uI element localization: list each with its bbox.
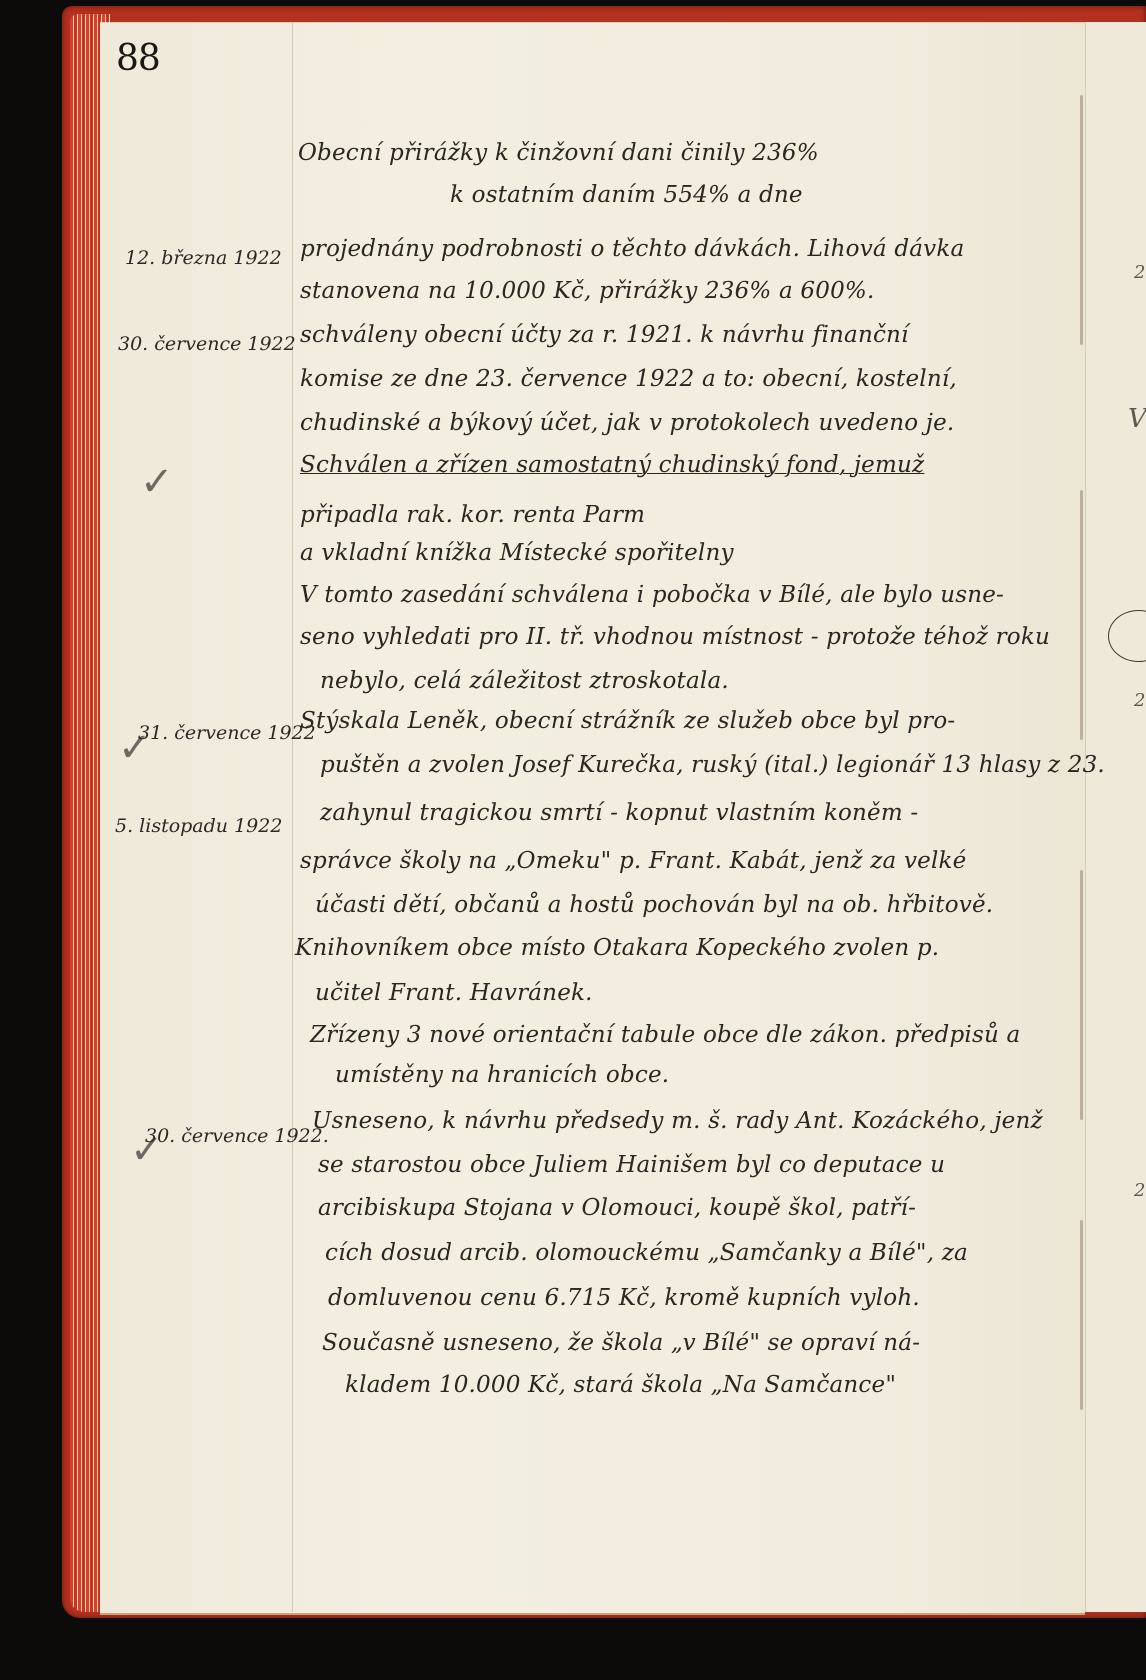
entry-date: 12. března 1922 [125, 247, 282, 269]
entry-line: nebylo, celá záležitost ztroskotala. [320, 668, 729, 694]
binding-stitch [1080, 95, 1083, 345]
facing-page-mark: 2 [1134, 690, 1145, 711]
entry-line: Zřízeny 3 nové orientační tabule obce dl… [310, 1022, 1020, 1048]
facing-page-mark: V [1128, 404, 1146, 434]
entry-line: Schválen a zřízen samostatný chudinský f… [300, 452, 924, 478]
entry-line: arcibiskupa Stojana v Olomouci, koupě šk… [318, 1195, 916, 1221]
binding-stitch [1080, 490, 1083, 740]
entry-line: Obecní přirážky k činžovní dani činily 2… [298, 140, 819, 166]
facing-page-mark: 2 [1134, 262, 1145, 283]
entry-line: Současně usneseno, že škola „v Bílé" se … [322, 1330, 920, 1356]
entry-date: 5. listopadu 1922 [115, 815, 282, 837]
entry-date: 30. července 1922 [118, 333, 296, 355]
entry-line: učitel Frant. Havránek. [315, 980, 593, 1006]
entry-date: 31. července 1922 [138, 722, 316, 744]
entry-line: připadla rak. kor. renta Parm [300, 502, 645, 528]
entry-line: účasti dětí, občanů a hostů pochován byl… [315, 892, 993, 918]
entry-line: projednány podrobnosti o těchto dávkách.… [300, 236, 964, 262]
entry-line: V tomto zasedání schválena i pobočka v B… [300, 582, 1004, 608]
entry-line: puštěn a zvolen Josef Kurečka, ruský (it… [320, 752, 1105, 778]
facing-page [1085, 22, 1146, 1612]
page-number: 88 [116, 38, 160, 79]
entry-line: zahynul tragickou smrtí - kopnut vlastní… [320, 800, 918, 826]
checkmark-icon: ✓ [140, 462, 174, 502]
entry-line: chudinské a býkový účet, jak v protokole… [300, 410, 954, 436]
entry-line: Usneseno, k návrhu předsedy m. š. rady A… [312, 1108, 1043, 1134]
entry-line: schváleny obecní účty za r. 1921. k návr… [300, 322, 909, 348]
entry-line: kladem 10.000 Kč, stará škola „Na Samčan… [345, 1372, 896, 1398]
binding-stitch [1080, 1220, 1083, 1410]
facing-page-mark: 2 [1134, 1180, 1145, 1201]
entry-line: komise ze dne 23. července 1922 a to: ob… [300, 366, 957, 392]
entry-line: seno vyhledati pro II. tř. vhodnou místn… [300, 624, 1050, 650]
binding-stitch [1080, 870, 1083, 1120]
entry-line: domluvenou cenu 6.715 Kč, kromě kupních … [328, 1285, 920, 1311]
entry-line: stanovena na 10.000 Kč, přirážky 236% a … [300, 278, 874, 304]
entry-line: Knihovníkem obce místo Otakara Kopeckého… [295, 935, 939, 961]
entry-line: Stýskala Leněk, obecní strážník ze služe… [300, 708, 955, 734]
entry-line: cích dosud arcib. olomouckému „Samčanky … [325, 1240, 968, 1266]
entry-line: umístěny na hranicích obce. [335, 1062, 669, 1088]
date-column-rule [292, 22, 293, 1612]
entry-line: a vkladní knížka Místecké spořitelny [300, 540, 734, 566]
entry-line: se starostou obce Juliem Hainišem byl co… [318, 1152, 945, 1178]
entry-date: 30. července 1922. [145, 1125, 329, 1147]
entry-line: správce školy na „Omeku" p. Frant. Kabát… [300, 848, 966, 874]
entry-line: k ostatním daním 554% a dne [450, 182, 803, 208]
